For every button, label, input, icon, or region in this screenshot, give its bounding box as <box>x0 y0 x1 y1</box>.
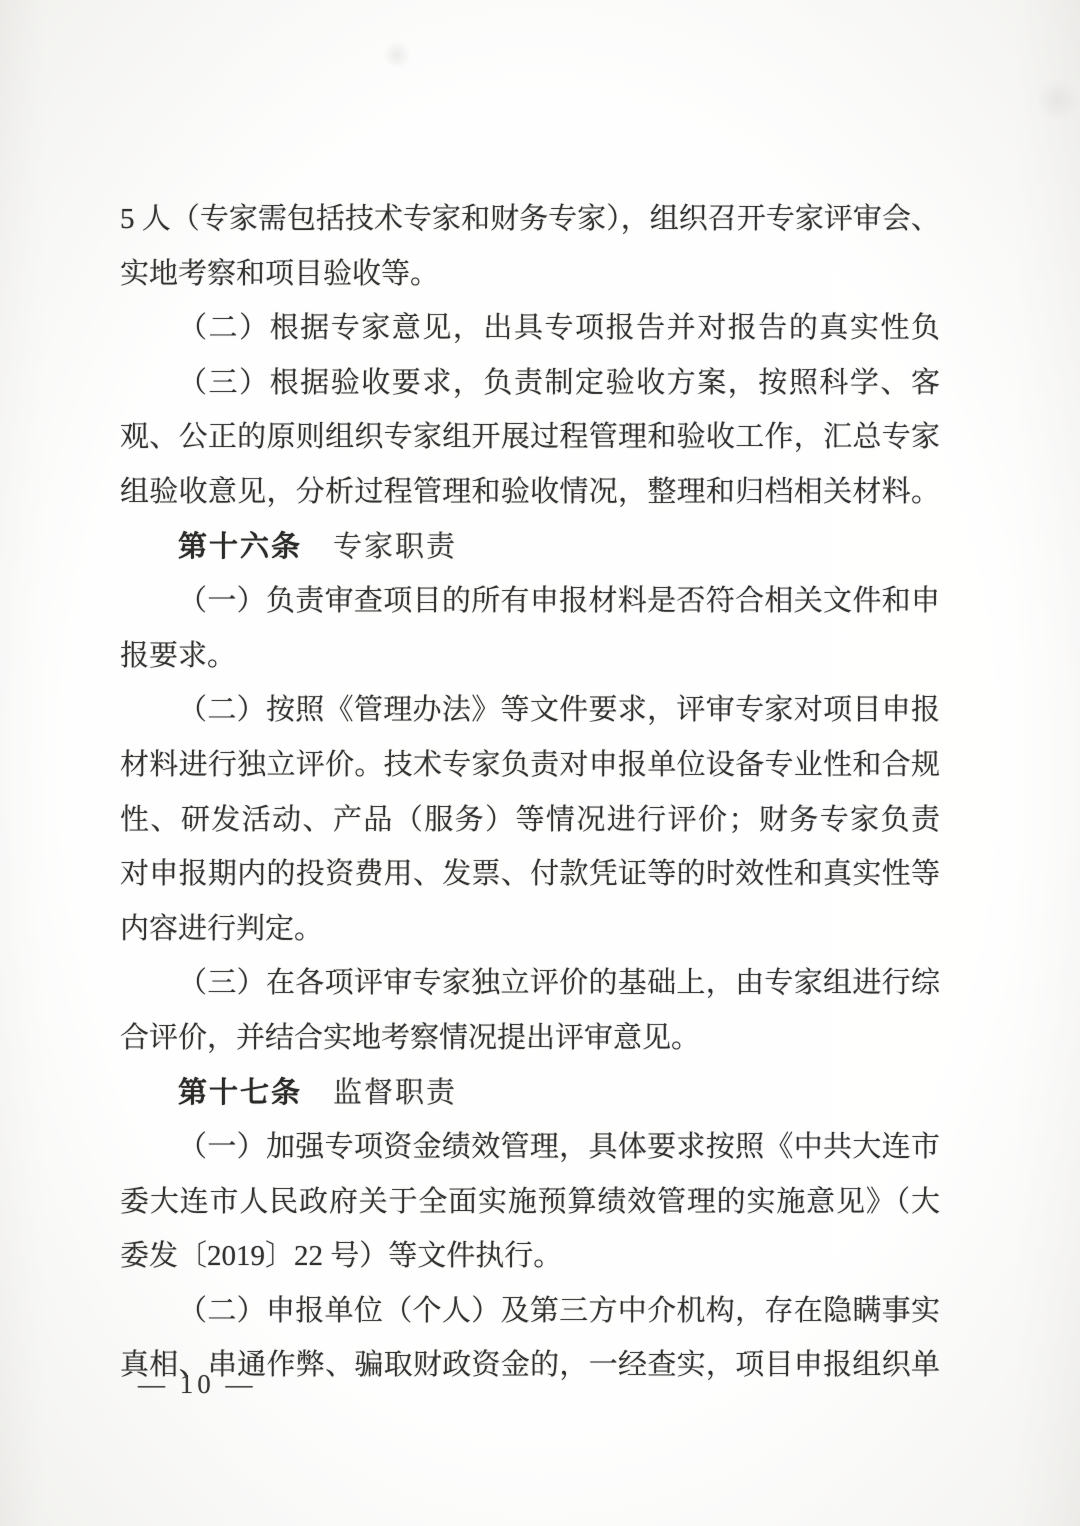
text-line: （二）根据专家意见，出具专项报告并对报告的真实性负责。 <box>120 301 940 356</box>
article-title: 监督职责 <box>302 1077 457 1109</box>
text-line: （三）在各项评审专家独立评价的基础上，由专家组进行综 <box>120 956 940 1011</box>
text-line: 观、公正的原则组织专家组开展过程管理和验收工作，汇总专家 <box>120 410 940 465</box>
document-page: 5 人（专家需包括技术专家和财务专家），组织召开专家评审会、实地考察和项目验收等… <box>0 0 1080 1526</box>
document-text-block: 5 人（专家需包括技术专家和财务专家），组织召开专家评审会、实地考察和项目验收等… <box>120 192 940 1393</box>
text-line: 内容进行判定。 <box>120 902 940 957</box>
scanned-document: { "document": { "lines": [ { "text": "5 … <box>0 0 1080 1526</box>
text-line: 组验收意见，分析过程管理和验收情况，整理和归档相关材料。 <box>120 465 940 520</box>
text-line: 对申报期内的投资费用、发票、付款凭证等的时效性和真实性等 <box>120 847 940 902</box>
article-heading-line: 第十七条 监督职责 <box>120 1066 940 1121</box>
article-number: 第十七条 <box>178 1077 302 1109</box>
text-line: 5 人（专家需包括技术专家和财务专家），组织召开专家评审会、 <box>120 192 940 247</box>
text-line: （一）负责审查项目的所有申报材料是否符合相关文件和申 <box>120 574 940 629</box>
text-line: 委大连市人民政府关于全面实施预算绩效管理的实施意见》（大 <box>120 1175 940 1230</box>
text-line: 性、研发活动、产品（服务）等情况进行评价；财务专家负责 <box>120 793 940 848</box>
article-heading-line: 第十六条 专家职责 <box>120 520 940 575</box>
text-line: 实地考察和项目验收等。 <box>120 247 940 302</box>
text-line: （二）按照《管理办法》等文件要求，评审专家对项目申报 <box>120 683 940 738</box>
text-line: 合评价，并结合实地考察情况提出评审意见。 <box>120 1011 940 1066</box>
article-title: 专家职责 <box>302 531 457 563</box>
article-number: 第十六条 <box>178 531 302 563</box>
text-line: 报要求。 <box>120 629 940 684</box>
page-number: — 10 — <box>138 1369 257 1399</box>
text-line: （一）加强专项资金绩效管理，具体要求按照《中共大连市 <box>120 1120 940 1175</box>
text-line: （二）申报单位（个人）及第三方中介机构，存在隐瞒事实 <box>120 1284 940 1339</box>
text-line: 委发〔2019〕22 号）等文件执行。 <box>120 1229 940 1284</box>
text-line: 材料进行独立评价。技术专家负责对申报单位设备专业性和合规 <box>120 738 940 793</box>
text-line: （三）根据验收要求，负责制定验收方案，按照科学、客 <box>120 356 940 411</box>
